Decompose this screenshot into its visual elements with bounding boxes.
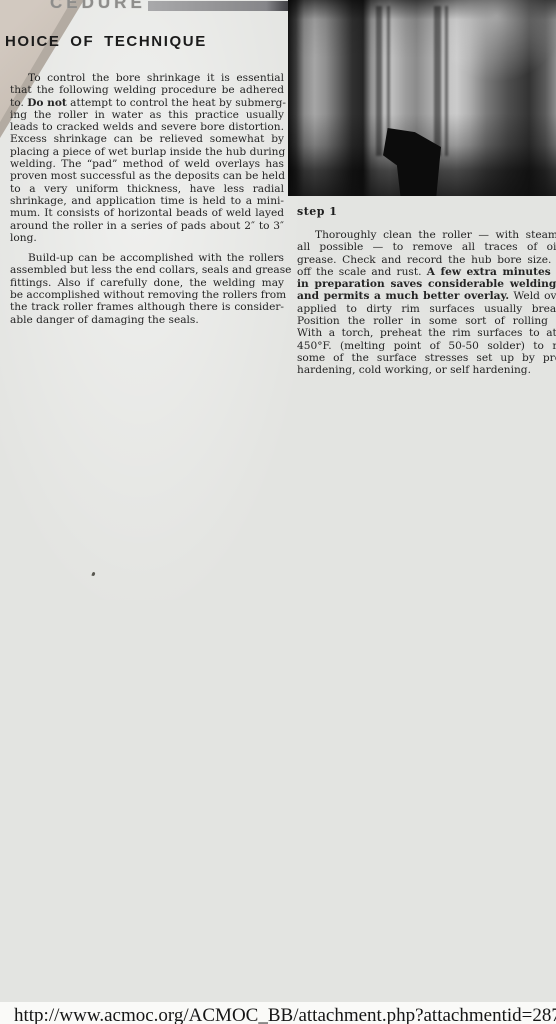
right-text-column: step 1 Thoroughly clean the roller — wit… — [297, 205, 556, 377]
step-1-label: step 1 — [297, 205, 556, 218]
masthead-rule-bar — [148, 1, 292, 11]
footer-url-strip: http://www.acmoc.org/ACMOC_BB/attachment… — [0, 1002, 556, 1024]
masthead-text: CEDURE — [50, 0, 146, 13]
article-heading: HOICE OF TECHNIQUE — [5, 33, 207, 50]
roller-ridge — [434, 6, 441, 156]
paragraph-build-up: Build-up can be accomplished with the ro… — [10, 252, 284, 326]
paragraph-step-1: Thoroughly clean the roller — with steam… — [297, 229, 556, 377]
track-roller-photo — [288, 0, 556, 196]
roller-ridge — [445, 6, 448, 156]
attachment-url-text: http://www.acmoc.org/ACMOC_BB/attachment… — [14, 1005, 556, 1024]
scanned-manual-page: CEDURE HOICE OF TECHNIQUE To control the… — [0, 0, 556, 1024]
paragraph-bore-shrinkage: To control the bore shrinkage it is esse… — [10, 72, 284, 244]
roller-bracket-shadow — [383, 128, 441, 196]
masthead-partial-word: CEDURE — [50, 0, 146, 15]
roller-ridge — [376, 6, 382, 156]
left-text-column: To control the bore shrinkage it is esse… — [10, 72, 284, 326]
ink-speck — [91, 572, 95, 577]
